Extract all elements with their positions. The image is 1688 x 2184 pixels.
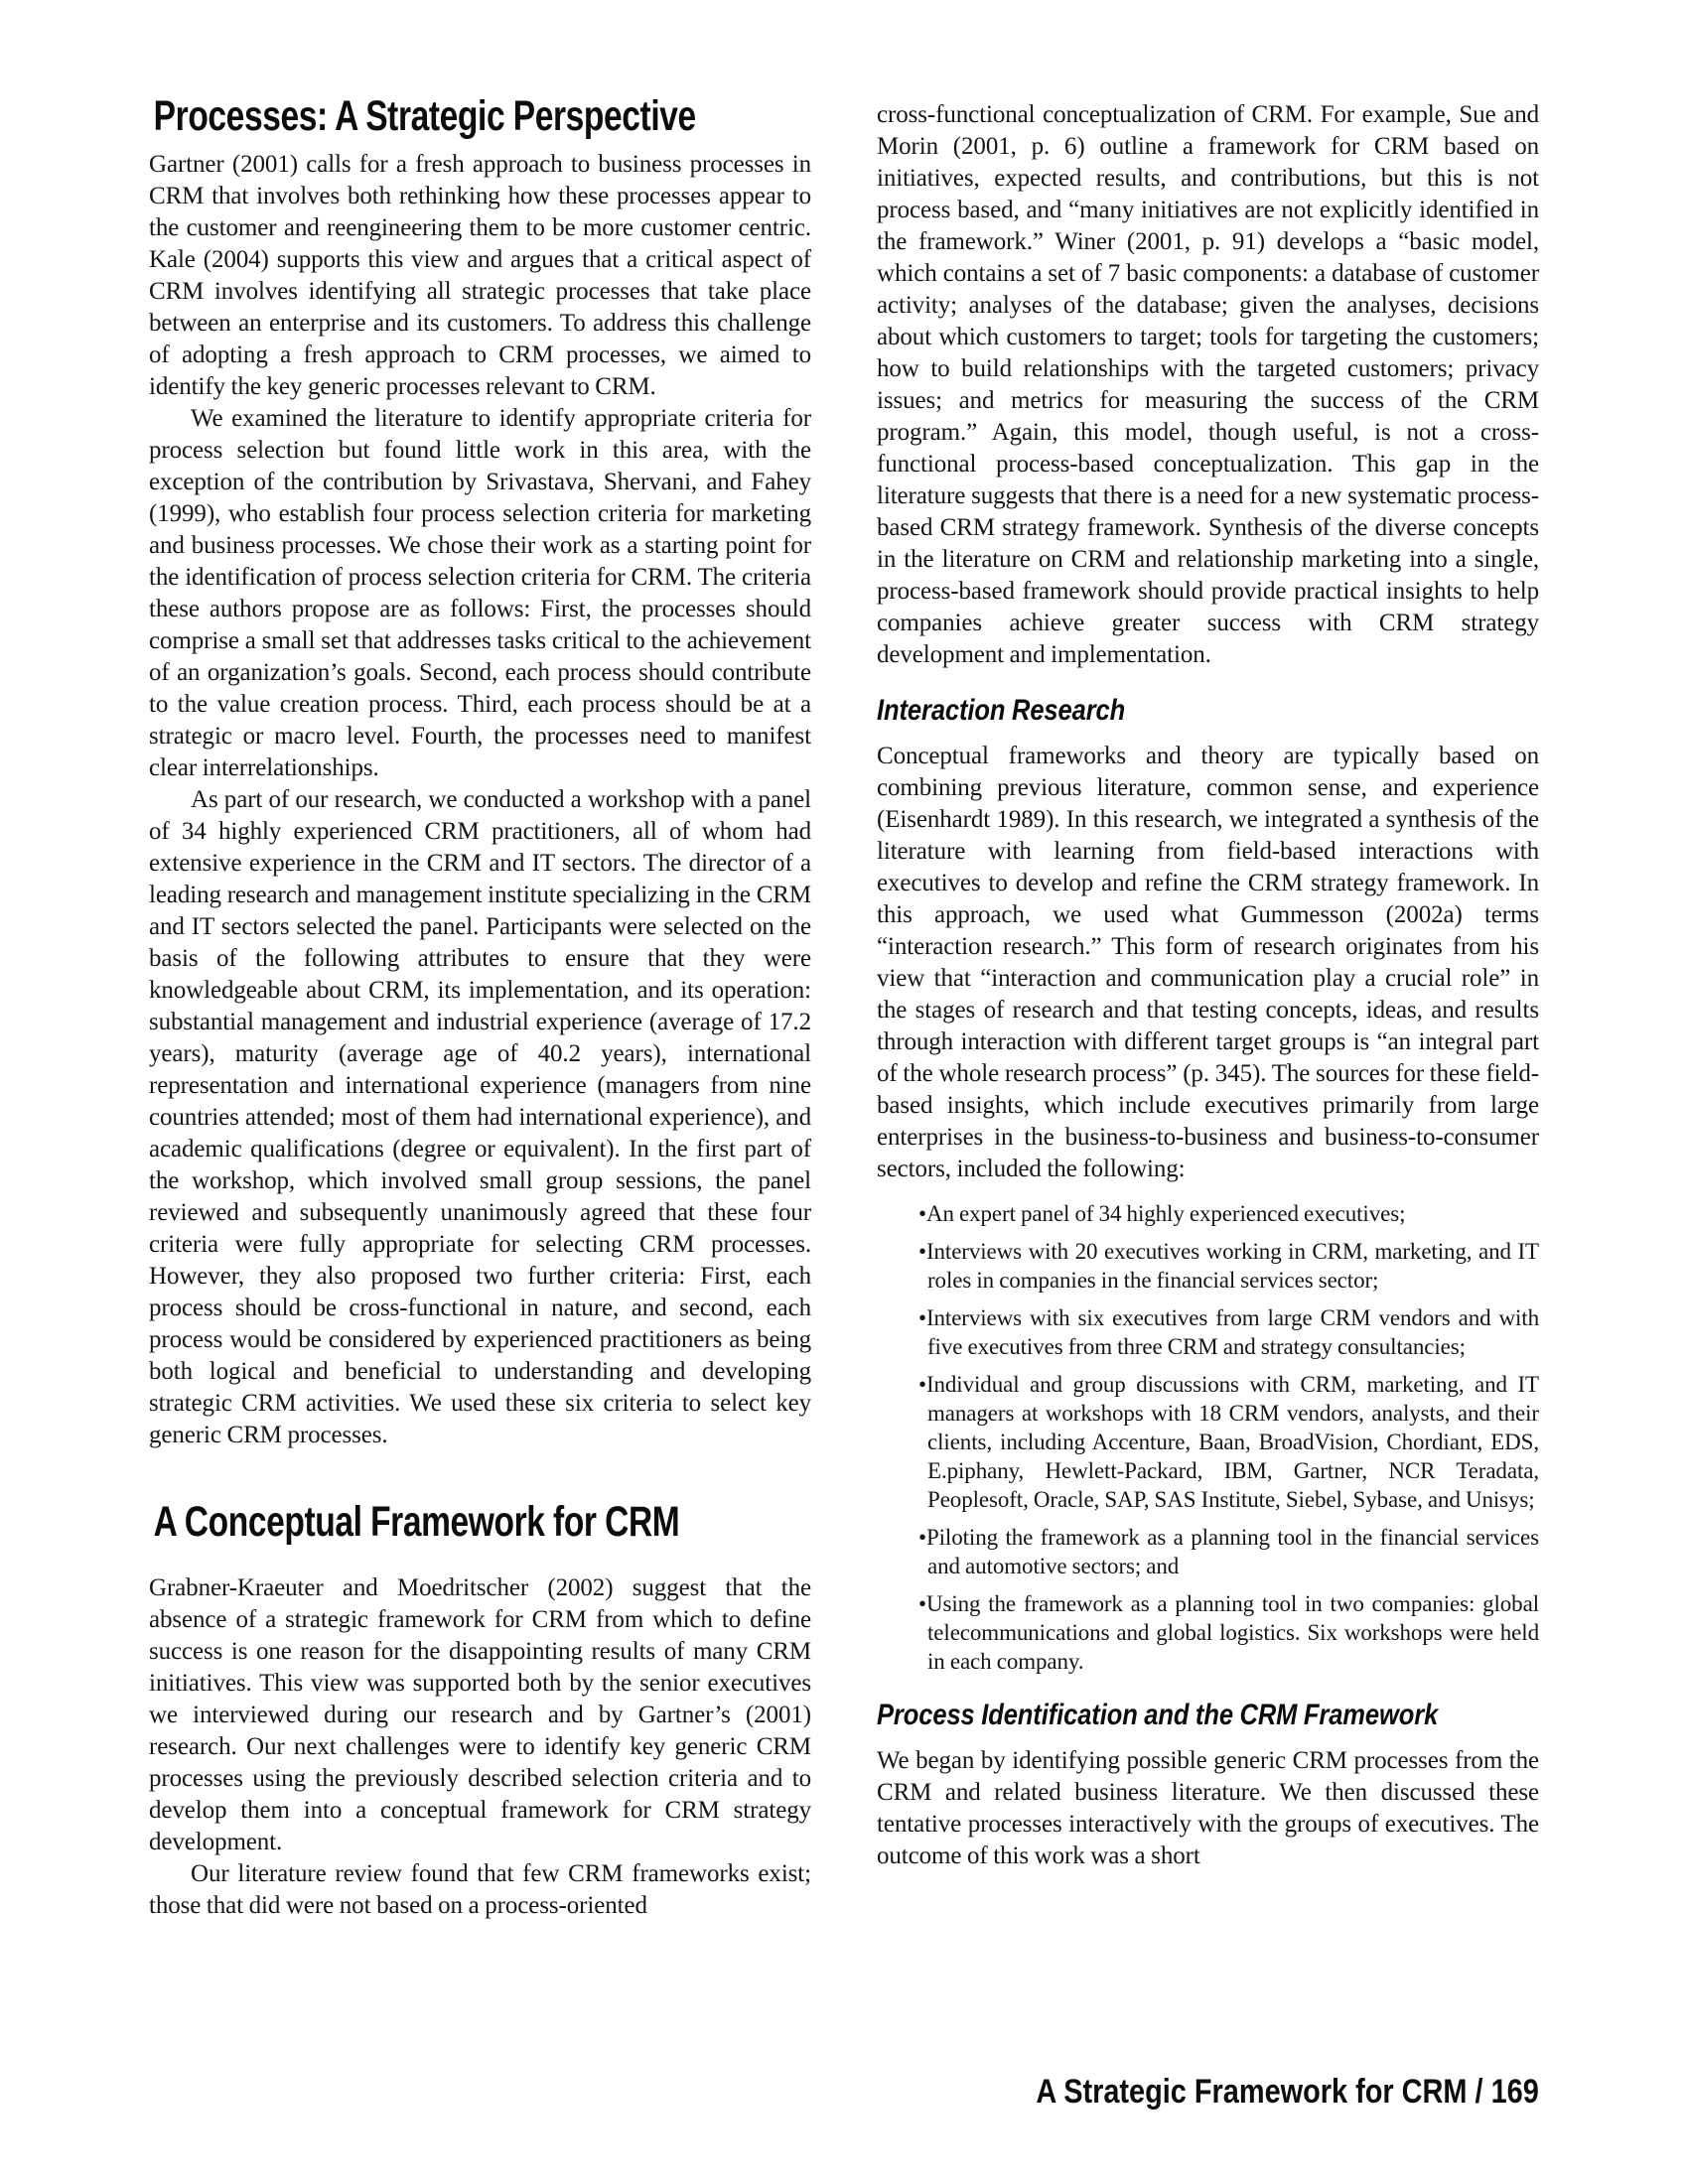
bullet-item: Individual and group discussions with CR… [877, 1370, 1539, 1514]
section-heading-processes-strategic-perspective: Processes: A Strategic Perspective [149, 91, 665, 141]
paragraph-continuation: cross-functional conceptualization of CR… [877, 99, 1539, 671]
bullet-item: Piloting the framework as a planning too… [877, 1523, 1539, 1580]
running-footer-page-number: A Strategic Framework for CRM / 169 [1037, 2073, 1539, 2112]
section-heading-conceptual-framework: A Conceptual Framework for CRM [149, 1497, 665, 1547]
paragraph: Grabner-Kraeuter and Moedritscher (2002)… [149, 1572, 811, 1858]
paragraph: We examined the literature to identify a… [149, 403, 811, 784]
bullet-item: Using the framework as a planning tool i… [877, 1589, 1539, 1676]
bullet-item: Interviews with 20 executives working in… [877, 1237, 1539, 1295]
paragraph: As part of our research, we conducted a … [149, 784, 811, 1451]
paragraph: Our literature review found that few CRM… [149, 1858, 811, 1922]
bullet-list: An expert panel of 34 highly experienced… [877, 1199, 1539, 1676]
paragraph: Conceptual frameworks and theory are typ… [877, 741, 1539, 1185]
subsection-heading-process-identification: Process Identification and the CRM Frame… [877, 1698, 1440, 1733]
bullet-item: An expert panel of 34 highly experienced… [877, 1199, 1539, 1228]
page: Processes: A Strategic Perspective Gartn… [0, 0, 1688, 2184]
subsection-heading-interaction-research: Interaction Research [877, 693, 1440, 729]
left-column: Processes: A Strategic Perspective Gartn… [149, 91, 811, 1922]
paragraph: Gartner (2001) calls for a fresh approac… [149, 149, 811, 403]
bullet-item: Interviews with six executives from larg… [877, 1303, 1539, 1361]
right-column: cross-functional conceptualization of CR… [877, 99, 1539, 1872]
paragraph: We began by identifying possible generic… [877, 1745, 1539, 1872]
